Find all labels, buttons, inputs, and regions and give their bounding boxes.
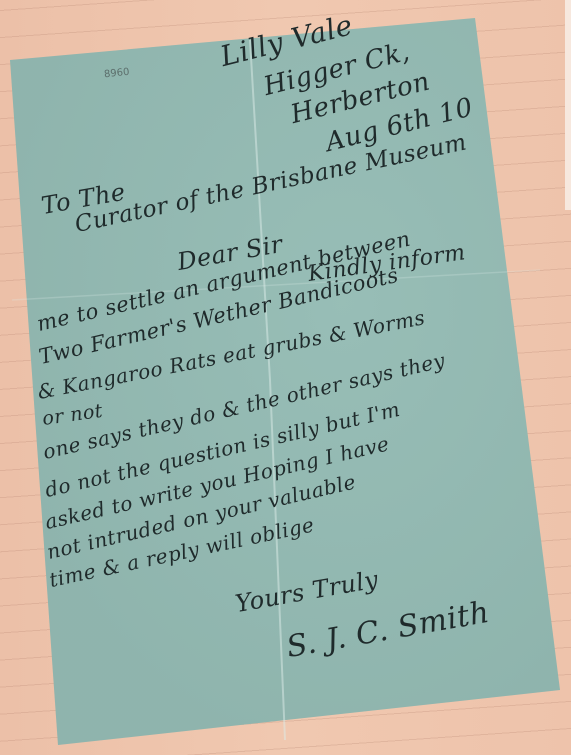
ledger-page-edge: [565, 0, 571, 210]
